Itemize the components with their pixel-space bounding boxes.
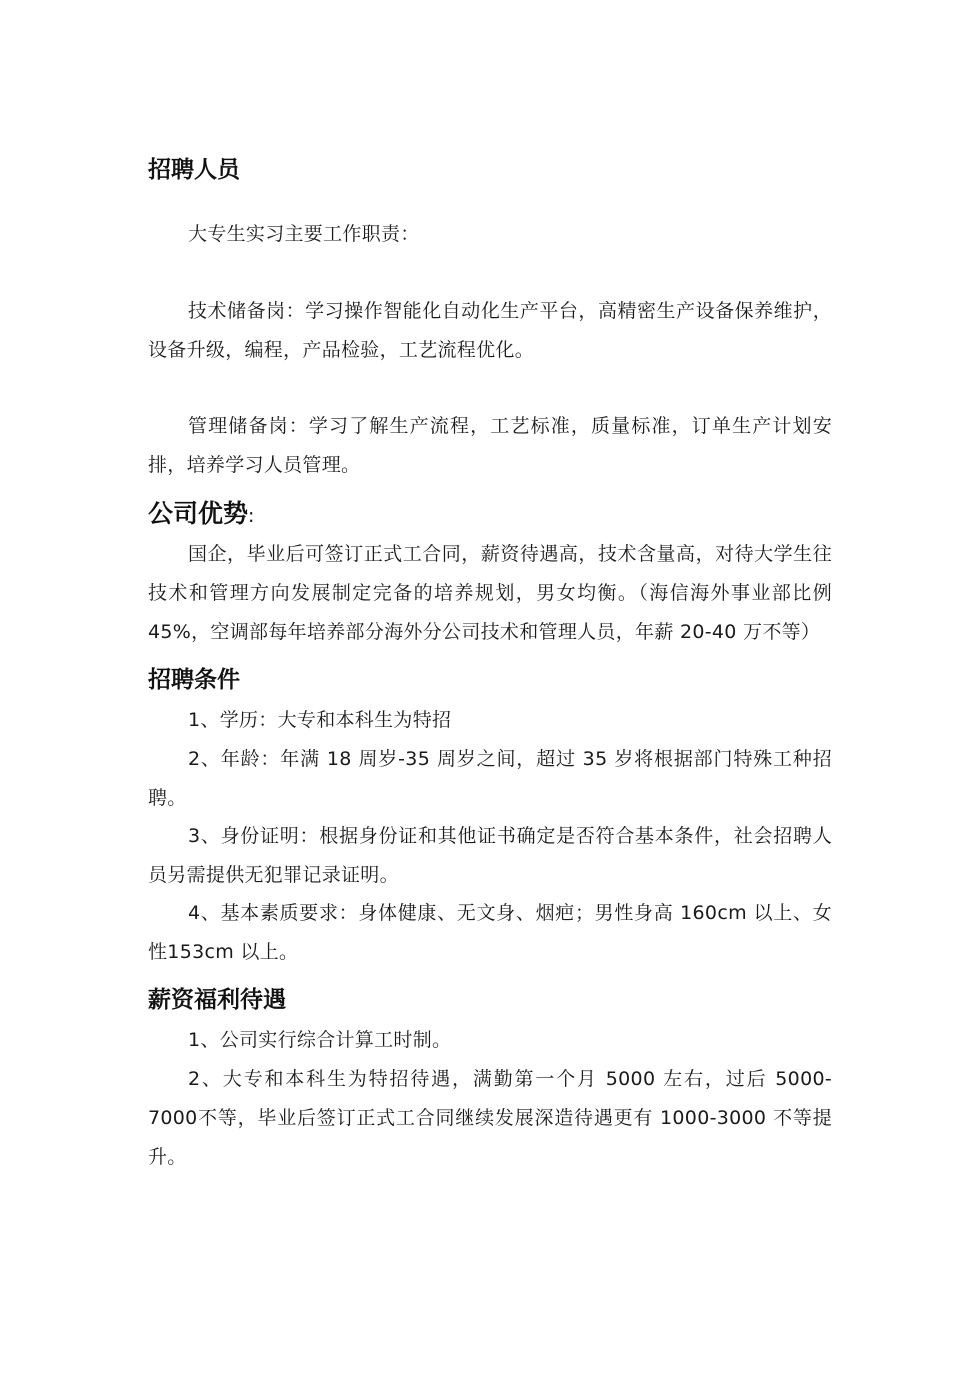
section-heading-recruitment-staff: 招聘人员 [148, 151, 240, 184]
paragraph-intern-duties-intro: 大专生实习主要工作职责： [148, 215, 832, 254]
paragraph-company-advantages: 国企，毕业后可签订正式工合同，薪资待遇高，技术含量高，对待大学生往技术和管理方向… [148, 535, 832, 652]
heading-text: 公司优势 [148, 499, 248, 528]
condition-item-education: 1、学历：大专和本科生为特招 [148, 701, 832, 740]
section-heading-company-advantages: 公司优势: [148, 494, 254, 530]
condition-item-basic-qualities: 4、基本素质要求：身体健康、无文身、烟疤；男性身高 160cm 以上、女性153… [148, 894, 832, 972]
paragraph-management-reserve-post: 管理储备岗：学习了解生产流程，工艺标准，质量标准，订单生产计划安排，培养学习人员… [148, 407, 832, 485]
section-heading-salary-benefits: 薪资福利待遇 [148, 981, 286, 1014]
condition-item-identity-proof: 3、身份证明：根据身份证和其他证书确定是否符合基本条件，社会招聘人员另需提供无犯… [148, 817, 832, 895]
benefit-item-working-hours: 1、公司实行综合计算工时制。 [148, 1021, 832, 1060]
benefit-item-salary: 2、大专和本科生为特招待遇，满勤第一个月 5000 左右，过后 5000-700… [148, 1060, 832, 1177]
paragraph-technical-reserve-post: 技术储备岗：学习操作智能化自动化生产平台，高精密生产设备保养维护，设备升级，编程… [148, 292, 832, 370]
section-heading-recruitment-conditions: 招聘条件 [148, 661, 240, 694]
condition-item-age: 2、年龄：年满 18 周岁-35 周岁之间，超过 35 岁将根据部门特殊工种招聘… [148, 740, 832, 818]
heading-colon: : [248, 505, 254, 527]
